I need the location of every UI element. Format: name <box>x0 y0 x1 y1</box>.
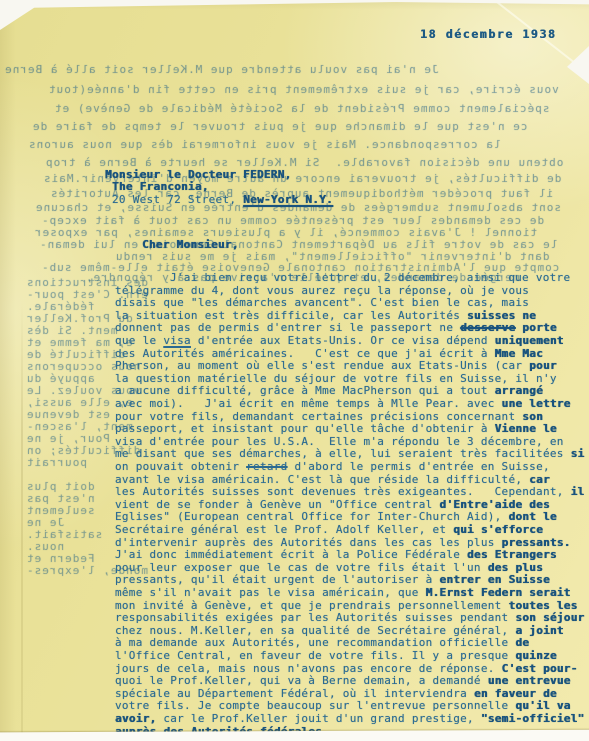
text-segment: si <box>571 447 585 460</box>
struck-text: desserve <box>460 321 515 334</box>
text-segment: Eglises" (European central Office for In… <box>115 510 508 523</box>
body-line: J'ai donc immédiatement écrit à la Polic… <box>115 549 557 560</box>
text-segment: pressants, qu'il était urgent de l'autor… <box>115 573 439 586</box>
body-line: J'ai bien reçu votre lettre du 2 décembr… <box>170 272 570 283</box>
bleed-margin-fragment: fédérale. <box>26 301 95 312</box>
text-segment: responsabilités exigées par les Autorité… <box>115 611 515 624</box>
text-segment: les Autorités suisses sont devenues très… <box>115 485 571 498</box>
text-segment: Cher Monsieur, <box>142 238 239 251</box>
body-line: des Autorités américaines. C'est ce que … <box>115 348 543 359</box>
text-segment: avant le visa américain. C'est là que ré… <box>115 473 529 486</box>
text-segment: d'Entre'aide des <box>439 498 549 511</box>
bleed-margin-fragment: satisfait. <box>26 529 102 540</box>
text-segment: jours de cela, mais nous n'avons pas enc… <box>115 662 502 675</box>
text-segment: la question matérielle du séjour de votr… <box>115 372 557 385</box>
text-segment: on pouvait obtenir <box>115 460 246 473</box>
text-segment: porte <box>522 321 557 334</box>
text-segment: entrer en Suisse <box>439 573 549 586</box>
text-segment: C'est pour- <box>502 662 578 675</box>
address-line: 20 West 72 Street, New-York N.Y. <box>112 194 333 205</box>
text-segment: J'ai bien reçu votre lettre du 2 décembr… <box>170 271 570 284</box>
paper-bottom-edge <box>0 730 589 741</box>
paper-torn-top-edge-right <box>357 0 589 4</box>
text-segment: il <box>571 485 585 498</box>
body-line: d'intervenir auprès des Autorités dans l… <box>115 537 571 548</box>
text-segment: pour <box>529 359 557 372</box>
bleed-line: vous écrire, car je suis extrêmement pri… <box>48 84 559 95</box>
body-line: mon invité à Genève, et que je prendrais… <box>115 600 577 611</box>
text-segment: que le <box>115 334 163 347</box>
text-segment: "semi-officiel" <box>481 712 585 725</box>
body-line: même s'il n'avait pas le visa américain,… <box>115 587 571 598</box>
body-line: spéciale au Département Fédéral, où il i… <box>115 688 557 699</box>
bleed-margin-fragment: Federn et <box>26 553 95 564</box>
bleed-margin-fragment: ment. Si dès <box>26 325 117 336</box>
text-segment: M.Ernst Federn serait <box>426 586 571 599</box>
bleed-margin-fragment: est devenue <box>26 409 110 420</box>
text-segment: pourrait <box>26 456 87 469</box>
text-segment: pressants. <box>502 536 571 549</box>
text-segment: avoir, <box>115 712 156 725</box>
text-segment: qu'il va <box>515 699 570 712</box>
text-segment: pour votre fils, demandant certaines pré… <box>115 410 522 423</box>
bleed-line: le cas de votre fils au Département Cant… <box>39 239 557 250</box>
body-line: télégramme du 4, dont vous aurez reçu la… <box>115 285 529 296</box>
body-line: à ma demande aux Autorités, une recomman… <box>115 637 529 648</box>
address-line: Monsieur le Docteur FEDERN, <box>105 169 291 180</box>
text-segment: spéciale au Département Fédéral, où il i… <box>115 687 474 700</box>
text-segment: d'abord le permis d'entrée en Suisse, <box>288 460 550 473</box>
body-line: donnent pas de permis d'entrer si le pas… <box>115 322 557 333</box>
text-segment: votre fils. Je compte beaucoup sur l'ent… <box>115 699 515 712</box>
text-segment: télégramme du 4, dont vous aurez reçu la… <box>115 284 529 297</box>
text-segment: arrangé <box>495 384 543 397</box>
text-segment: des Etrangers <box>467 548 557 561</box>
text-segment: suisses ne <box>467 309 536 322</box>
body-line: que le visa d'entrée aux Etats-Unis. Or … <box>115 335 564 346</box>
text-segment: des plus <box>488 561 543 574</box>
body-line: on pouvait obtenir retard d'abord le per… <box>115 461 550 472</box>
body-line: Pherson, au moment où elle s'est rendue … <box>115 360 557 371</box>
text-segment: uniquement <box>495 334 564 347</box>
text-segment: quoi le Prof.Keller, qui va à Berne dema… <box>115 674 488 687</box>
text-segment: qui s'efforce <box>453 523 543 536</box>
bleed-margin-fragment: pourrait <box>26 457 87 468</box>
text-segment: car <box>529 473 550 486</box>
text-segment: son séjour <box>515 611 584 624</box>
paper-crease-vertical <box>21 300 23 741</box>
body-line: visa d'entrée pour les U.S.A. Elle m'a r… <box>115 436 564 447</box>
body-line: avoir, car le Prof.Keller jouit d'un gra… <box>115 713 584 724</box>
text-segment: dont le <box>508 510 556 523</box>
body-line: l'Office Central, en faveur de votre fil… <box>115 650 557 661</box>
bleed-margin-fragment: doit plus <box>26 481 95 492</box>
bleed-margin-fragment: difficulté de <box>26 349 125 360</box>
text-segment: quinze <box>515 649 556 662</box>
text-segment: visa d'entrée pour les U.S.A. Elle m'a r… <box>115 435 564 448</box>
bleed-line: la correspondance. Mais je vous informer… <box>28 139 501 150</box>
body-line: Secrétaire général est le Prof. Adolf Ke… <box>115 524 543 535</box>
scanned-letter-page: { "page": { "description": "Scanned type… <box>0 0 589 741</box>
bleed-line: obtenu une décision favorable. Si M.Kell… <box>45 157 563 168</box>
text-segment: mon invité à Genève, et que je prendrais… <box>115 599 508 612</box>
text-segment: vient de se fonder à Genève un "Office c… <box>115 498 439 511</box>
text-segment: l'Office Central, en faveur de votre fil… <box>115 649 515 662</box>
text-segment: d'intervenir auprès des Autorités dans l… <box>115 536 502 549</box>
text-segment: à ma demande aux Autorités, une recomman… <box>115 636 515 649</box>
text-segment: Vienne le <box>495 422 557 435</box>
text-segment: passeport, et insistant pour qu'elle tâc… <box>115 422 495 435</box>
text-segment: même s'il n'avait pas le visa américain,… <box>115 586 426 599</box>
text-segment: chez nous. M.Keller, en sa qualité de Se… <box>115 624 515 637</box>
body-line: la question matérielle du séjour de votr… <box>115 373 557 384</box>
bleed-line: Je n'ai pas voulu attendre que M.Keller … <box>0 64 439 75</box>
body-line: quoi le Prof.Keller, qui va à Berne dema… <box>115 675 571 686</box>
text-segment: donnent pas de permis d'entrer si le pas… <box>115 321 460 334</box>
body-line: responsabilités exigées par les Autorité… <box>115 612 584 623</box>
text-segment: ce n'est que le dimanche que je puis tro… <box>32 120 527 133</box>
text-segment: spécialement comme Président de la Socié… <box>54 102 549 115</box>
body-line: pour votre fils, demandant certaines pré… <box>115 411 543 422</box>
text-segment: en faveur de <box>474 687 557 700</box>
text-segment: a joint <box>515 624 563 637</box>
underlined-text: visa <box>163 334 191 347</box>
bleed-line: tionnel ! J'avais commencé, il y a plusi… <box>34 227 537 238</box>
text-segment: pour leur exposer que le cas de votre fi… <box>115 561 488 574</box>
bleed-margin-fragment: Pour, je ne <box>26 433 110 444</box>
date-line: 18 décembre 1938 <box>420 29 556 40</box>
body-line: avant le visa américain. C'est là que ré… <box>115 474 550 485</box>
text-segment: a aucune difficulté, grâce à Mme MacPher… <box>115 384 495 397</box>
text-segment: vous écrire, car je suis extrêmement pri… <box>48 83 559 96</box>
text-segment: Secrétaire général est le Prof. Adolf Ke… <box>115 523 453 536</box>
struck-text: retard <box>246 460 287 473</box>
salutation: Cher Monsieur, <box>142 239 239 250</box>
address-line: The Franconia, <box>112 181 209 192</box>
text-segment: me disant que ses démarches, à elle, lui… <box>115 447 571 460</box>
underlined-text: New-York N.Y. <box>243 193 333 206</box>
body-line: pour leur exposer que le cas de votre fi… <box>115 562 543 573</box>
text-segment: la correspondance. Mais je vous informer… <box>28 138 501 151</box>
body-line: votre fils. Je compte beaucoup sur l'ent… <box>115 700 571 711</box>
body-line: a aucune difficulté, grâce à Mme MacPher… <box>115 385 543 396</box>
body-line: chez nous. M.Keller, en sa qualité de Se… <box>115 625 564 636</box>
bleed-margin-fragment: appuyé du <box>26 373 95 384</box>
bleed-margin-fragment: nous. <box>26 541 64 552</box>
text-segment: car le Prof.Keller jouit d'un grand pres… <box>156 712 480 725</box>
text-segment: 20 West 72 Street, <box>112 193 243 206</box>
paper-torn-corner <box>0 0 46 30</box>
body-line: les Autorités suisses sont devenues très… <box>115 486 584 497</box>
body-line: vient de se fonder à Genève un "Office c… <box>115 499 550 510</box>
text-segment: avec moi). J'ai écrit en même temps à Ml… <box>115 397 502 410</box>
body-line: avec moi). J'ai écrit en même temps à Ml… <box>115 398 571 409</box>
text-segment: Pherson, au moment où elle s'est rendue … <box>115 359 529 372</box>
paper-notch-right-edge <box>567 46 589 84</box>
text-segment: Je n'ai pas voulu attendre que M.Keller … <box>0 63 439 76</box>
letter-scan: Je n'ai pas voulu attendre que M.Keller … <box>0 0 589 741</box>
bleed-margin-fragment: n'est pas <box>26 493 95 504</box>
body-line: pressants, qu'il était urgent de l'autor… <box>115 574 550 585</box>
text-segment: des Autorités américaines. C'est ce que … <box>115 347 495 360</box>
bleed-line: de ces demandes leur est présentée comme… <box>41 215 544 226</box>
text-segment: d'entrée aux Etats-Unis. Or ce visa dépe… <box>191 334 495 347</box>
text-segment: une entrevue <box>488 674 571 687</box>
text-segment: Mme Mac <box>495 347 543 360</box>
body-line: disais que "les démarches avancent". C'e… <box>115 297 529 308</box>
bleed-margin-fragment: Je ne <box>26 517 64 528</box>
body-line: me disant que ses démarches, à elle, lui… <box>115 448 584 459</box>
text-segment: The Franconia, <box>112 180 209 193</box>
text-segment: disais que "les démarches avancent". C'e… <box>115 296 529 309</box>
text-segment: son <box>522 410 543 423</box>
text-segment: toutes les <box>508 599 577 612</box>
body-line: jours de cela, mais nous n'avons pas enc… <box>115 663 577 674</box>
bleed-line: spécialement comme Président de la Socié… <box>54 103 549 114</box>
body-line: Eglises" (European central Office for In… <box>115 511 557 522</box>
bleed-line: ce n'est que le dimanche que je puis tro… <box>32 121 527 132</box>
text-segment: une lettre <box>502 397 571 410</box>
body-line: passeport, et insistant pour qu'elle tâc… <box>115 423 557 434</box>
text-segment: J'ai donc immédiatement écrit à la Polic… <box>115 548 467 561</box>
text-segment: la situation est très difficile, car les… <box>115 309 467 322</box>
text-segment: de <box>515 636 529 649</box>
body-line: la situation est très difficile, car les… <box>115 310 536 321</box>
bleed-margin-fragment: seulement <box>26 505 95 516</box>
